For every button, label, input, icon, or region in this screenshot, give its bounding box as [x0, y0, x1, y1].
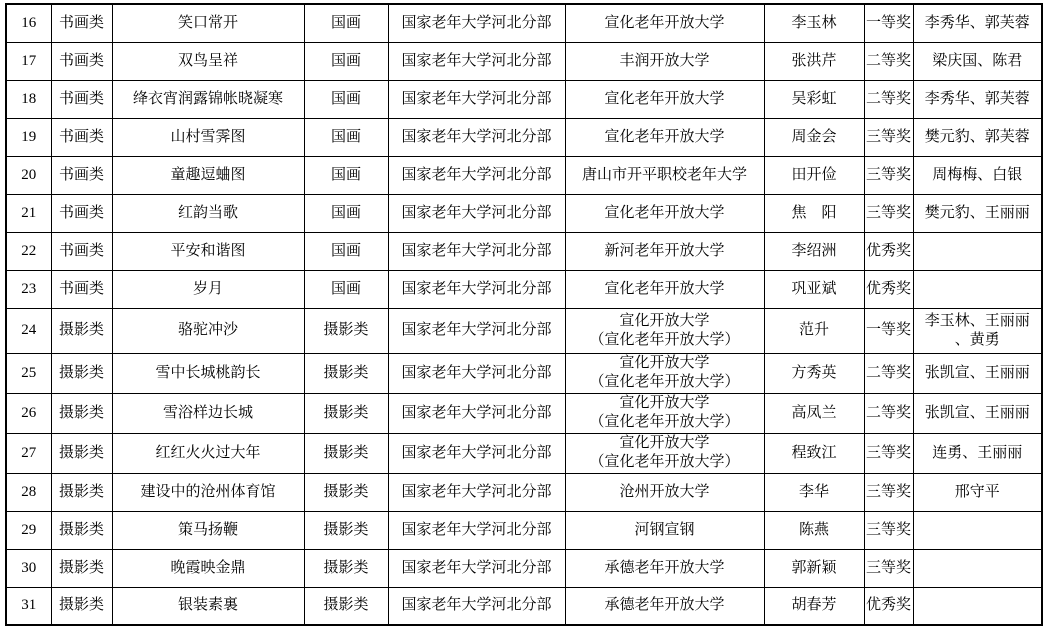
cell-tutors: 梁庆国、陈君 [913, 42, 1042, 80]
cell-organization: 国家老年大学河北分部 [388, 4, 565, 42]
cell-school: 河钢宣钢 [565, 511, 764, 549]
cell-award: 三等奖 [864, 433, 913, 473]
cell-tutors: 李秀华、郭芙蓉 [913, 4, 1042, 42]
cell-author: 李华 [764, 473, 864, 511]
cell-no: 30 [6, 549, 51, 587]
cell-organization: 国家老年大学河北分部 [388, 308, 565, 353]
cell-award: 二等奖 [864, 353, 913, 393]
cell-no: 27 [6, 433, 51, 473]
cell-author: 田开俭 [764, 156, 864, 194]
cell-category: 摄影类 [51, 353, 112, 393]
cell-form: 国画 [304, 232, 388, 270]
cell-category: 书画类 [51, 4, 112, 42]
cell-tutors: 邢守平 [913, 473, 1042, 511]
cell-organization: 国家老年大学河北分部 [388, 156, 565, 194]
cell-author: 范升 [764, 308, 864, 353]
cell-category: 书画类 [51, 232, 112, 270]
cell-title: 平安和谐图 [112, 232, 304, 270]
document-page: 16书画类笑口常开国画国家老年大学河北分部宣化老年开放大学李玉林一等奖李秀华、郭… [0, 0, 1046, 629]
cell-no: 20 [6, 156, 51, 194]
cell-tutors: 张凯宣、王丽丽 [913, 353, 1042, 393]
cell-category: 摄影类 [51, 549, 112, 587]
cell-organization: 国家老年大学河北分部 [388, 511, 565, 549]
cell-title: 雪中长城桃韵长 [112, 353, 304, 393]
cell-organization: 国家老年大学河北分部 [388, 393, 565, 433]
cell-no: 28 [6, 473, 51, 511]
cell-author: 李绍洲 [764, 232, 864, 270]
cell-school: 宣化开放大学 （宣化老年开放大学） [565, 433, 764, 473]
cell-award: 一等奖 [864, 308, 913, 353]
cell-no: 21 [6, 194, 51, 232]
cell-form: 国画 [304, 80, 388, 118]
cell-tutors [913, 549, 1042, 587]
cell-tutors: 李玉林、王丽丽 、黄勇 [913, 308, 1042, 353]
cell-author: 程致江 [764, 433, 864, 473]
table-row: 26摄影类雪浴样边长城摄影类国家老年大学河北分部宣化开放大学 （宣化老年开放大学… [6, 393, 1042, 433]
cell-category: 书画类 [51, 156, 112, 194]
cell-no: 25 [6, 353, 51, 393]
cell-organization: 国家老年大学河北分部 [388, 549, 565, 587]
cell-school: 宣化老年开放大学 [565, 118, 764, 156]
cell-category: 书画类 [51, 42, 112, 80]
cell-title: 童趣逗蛐图 [112, 156, 304, 194]
cell-form: 国画 [304, 42, 388, 80]
table-row: 19书画类山村雪霁图国画国家老年大学河北分部宣化老年开放大学周金会三等奖樊元豹、… [6, 118, 1042, 156]
cell-category: 摄影类 [51, 511, 112, 549]
cell-tutors [913, 232, 1042, 270]
cell-school: 宣化开放大学 （宣化老年开放大学） [565, 353, 764, 393]
cell-organization: 国家老年大学河北分部 [388, 80, 565, 118]
cell-organization: 国家老年大学河北分部 [388, 587, 565, 625]
awards-table: 16书画类笑口常开国画国家老年大学河北分部宣化老年开放大学李玉林一等奖李秀华、郭… [5, 3, 1043, 626]
cell-no: 18 [6, 80, 51, 118]
cell-school: 承德老年开放大学 [565, 587, 764, 625]
cell-no: 29 [6, 511, 51, 549]
table-row: 16书画类笑口常开国画国家老年大学河北分部宣化老年开放大学李玉林一等奖李秀华、郭… [6, 4, 1042, 42]
cell-organization: 国家老年大学河北分部 [388, 232, 565, 270]
cell-form: 国画 [304, 156, 388, 194]
cell-author: 焦 阳 [764, 194, 864, 232]
cell-award: 一等奖 [864, 4, 913, 42]
cell-form: 摄影类 [304, 308, 388, 353]
cell-category: 摄影类 [51, 433, 112, 473]
cell-form: 摄影类 [304, 473, 388, 511]
cell-author: 郭新颖 [764, 549, 864, 587]
cell-organization: 国家老年大学河北分部 [388, 118, 565, 156]
cell-no: 26 [6, 393, 51, 433]
cell-no: 19 [6, 118, 51, 156]
cell-form: 摄影类 [304, 353, 388, 393]
cell-school: 宣化老年开放大学 [565, 194, 764, 232]
cell-organization: 国家老年大学河北分部 [388, 270, 565, 308]
cell-school: 丰润开放大学 [565, 42, 764, 80]
cell-category: 书画类 [51, 118, 112, 156]
cell-title: 骆驼冲沙 [112, 308, 304, 353]
cell-award: 优秀奖 [864, 270, 913, 308]
cell-form: 摄影类 [304, 587, 388, 625]
cell-award: 二等奖 [864, 393, 913, 433]
cell-form: 摄影类 [304, 433, 388, 473]
table-row: 20书画类童趣逗蛐图国画国家老年大学河北分部唐山市开平职校老年大学田开俭三等奖周… [6, 156, 1042, 194]
cell-tutors: 李秀华、郭芙蓉 [913, 80, 1042, 118]
cell-school: 宣化老年开放大学 [565, 270, 764, 308]
cell-category: 书画类 [51, 194, 112, 232]
table-row: 31摄影类银装素裏摄影类国家老年大学河北分部承德老年开放大学胡春芳优秀奖 [6, 587, 1042, 625]
cell-form: 国画 [304, 194, 388, 232]
cell-tutors: 周梅梅、白银 [913, 156, 1042, 194]
table-row: 17书画类双鸟呈祥国画国家老年大学河北分部丰润开放大学张洪芹二等奖梁庆国、陈君 [6, 42, 1042, 80]
cell-award: 二等奖 [864, 80, 913, 118]
cell-school: 宣化开放大学 （宣化老年开放大学） [565, 393, 764, 433]
cell-school: 宣化开放大学 （宣化老年开放大学） [565, 308, 764, 353]
cell-organization: 国家老年大学河北分部 [388, 194, 565, 232]
cell-author: 高凤兰 [764, 393, 864, 433]
cell-organization: 国家老年大学河北分部 [388, 433, 565, 473]
cell-title: 绛衣宵润露锦帐晓凝寒 [112, 80, 304, 118]
cell-award: 三等奖 [864, 549, 913, 587]
cell-title: 雪浴样边长城 [112, 393, 304, 433]
cell-author: 巩亚斌 [764, 270, 864, 308]
cell-form: 国画 [304, 118, 388, 156]
table-row: 27摄影类红红火火过大年摄影类国家老年大学河北分部宣化开放大学 （宣化老年开放大… [6, 433, 1042, 473]
cell-tutors: 樊元豹、郭芙蓉 [913, 118, 1042, 156]
cell-no: 23 [6, 270, 51, 308]
cell-no: 31 [6, 587, 51, 625]
cell-title: 红韵当歌 [112, 194, 304, 232]
cell-tutors [913, 270, 1042, 308]
cell-award: 优秀奖 [864, 587, 913, 625]
cell-no: 24 [6, 308, 51, 353]
table-row: 30摄影类晚霞映金鼎摄影类国家老年大学河北分部承德老年开放大学郭新颖三等奖 [6, 549, 1042, 587]
table-row: 24摄影类骆驼冲沙摄影类国家老年大学河北分部宣化开放大学 （宣化老年开放大学）范… [6, 308, 1042, 353]
cell-form: 摄影类 [304, 549, 388, 587]
cell-title: 双鸟呈祥 [112, 42, 304, 80]
cell-category: 摄影类 [51, 587, 112, 625]
cell-category: 摄影类 [51, 473, 112, 511]
cell-award: 优秀奖 [864, 232, 913, 270]
cell-form: 国画 [304, 270, 388, 308]
cell-form: 摄影类 [304, 511, 388, 549]
cell-form: 摄影类 [304, 393, 388, 433]
cell-category: 摄影类 [51, 308, 112, 353]
cell-author: 陈燕 [764, 511, 864, 549]
awards-table-body: 16书画类笑口常开国画国家老年大学河北分部宣化老年开放大学李玉林一等奖李秀华、郭… [6, 4, 1042, 625]
cell-title: 岁月 [112, 270, 304, 308]
cell-organization: 国家老年大学河北分部 [388, 353, 565, 393]
cell-author: 胡春芳 [764, 587, 864, 625]
table-row: 28摄影类建设中的沧州体育馆摄影类国家老年大学河北分部沧州开放大学李华三等奖邢守… [6, 473, 1042, 511]
cell-author: 李玉林 [764, 4, 864, 42]
table-row: 22书画类平安和谐图国画国家老年大学河北分部新河老年开放大学李绍洲优秀奖 [6, 232, 1042, 270]
cell-award: 三等奖 [864, 118, 913, 156]
cell-school: 新河老年开放大学 [565, 232, 764, 270]
cell-tutors [913, 587, 1042, 625]
cell-author: 周金会 [764, 118, 864, 156]
cell-title: 山村雪霁图 [112, 118, 304, 156]
table-row: 18书画类绛衣宵润露锦帐晓凝寒国画国家老年大学河北分部宣化老年开放大学吴彩虹二等… [6, 80, 1042, 118]
cell-school: 宣化老年开放大学 [565, 4, 764, 42]
cell-tutors: 张凯宣、王丽丽 [913, 393, 1042, 433]
cell-no: 22 [6, 232, 51, 270]
cell-award: 三等奖 [864, 511, 913, 549]
table-row: 21书画类红韵当歌国画国家老年大学河北分部宣化老年开放大学焦 阳三等奖樊元豹、王… [6, 194, 1042, 232]
cell-title: 策马扬鞭 [112, 511, 304, 549]
cell-tutors: 连勇、王丽丽 [913, 433, 1042, 473]
cell-category: 书画类 [51, 270, 112, 308]
cell-tutors: 樊元豹、王丽丽 [913, 194, 1042, 232]
table-row: 29摄影类策马扬鞭摄影类国家老年大学河北分部河钢宣钢陈燕三等奖 [6, 511, 1042, 549]
cell-category: 摄影类 [51, 393, 112, 433]
table-row: 25摄影类雪中长城桃韵长摄影类国家老年大学河北分部宣化开放大学 （宣化老年开放大… [6, 353, 1042, 393]
table-row: 23书画类岁月国画国家老年大学河北分部宣化老年开放大学巩亚斌优秀奖 [6, 270, 1042, 308]
cell-author: 张洪芹 [764, 42, 864, 80]
cell-organization: 国家老年大学河北分部 [388, 473, 565, 511]
cell-award: 三等奖 [864, 156, 913, 194]
cell-award: 二等奖 [864, 42, 913, 80]
cell-title: 晚霞映金鼎 [112, 549, 304, 587]
cell-award: 三等奖 [864, 194, 913, 232]
cell-school: 唐山市开平职校老年大学 [565, 156, 764, 194]
cell-award: 三等奖 [864, 473, 913, 511]
cell-no: 16 [6, 4, 51, 42]
cell-organization: 国家老年大学河北分部 [388, 42, 565, 80]
cell-tutors [913, 511, 1042, 549]
cell-title: 银装素裏 [112, 587, 304, 625]
cell-no: 17 [6, 42, 51, 80]
cell-category: 书画类 [51, 80, 112, 118]
cell-author: 方秀英 [764, 353, 864, 393]
cell-form: 国画 [304, 4, 388, 42]
cell-title: 建设中的沧州体育馆 [112, 473, 304, 511]
cell-author: 吴彩虹 [764, 80, 864, 118]
cell-school: 承德老年开放大学 [565, 549, 764, 587]
cell-school: 宣化老年开放大学 [565, 80, 764, 118]
cell-title: 红红火火过大年 [112, 433, 304, 473]
cell-school: 沧州开放大学 [565, 473, 764, 511]
cell-title: 笑口常开 [112, 4, 304, 42]
